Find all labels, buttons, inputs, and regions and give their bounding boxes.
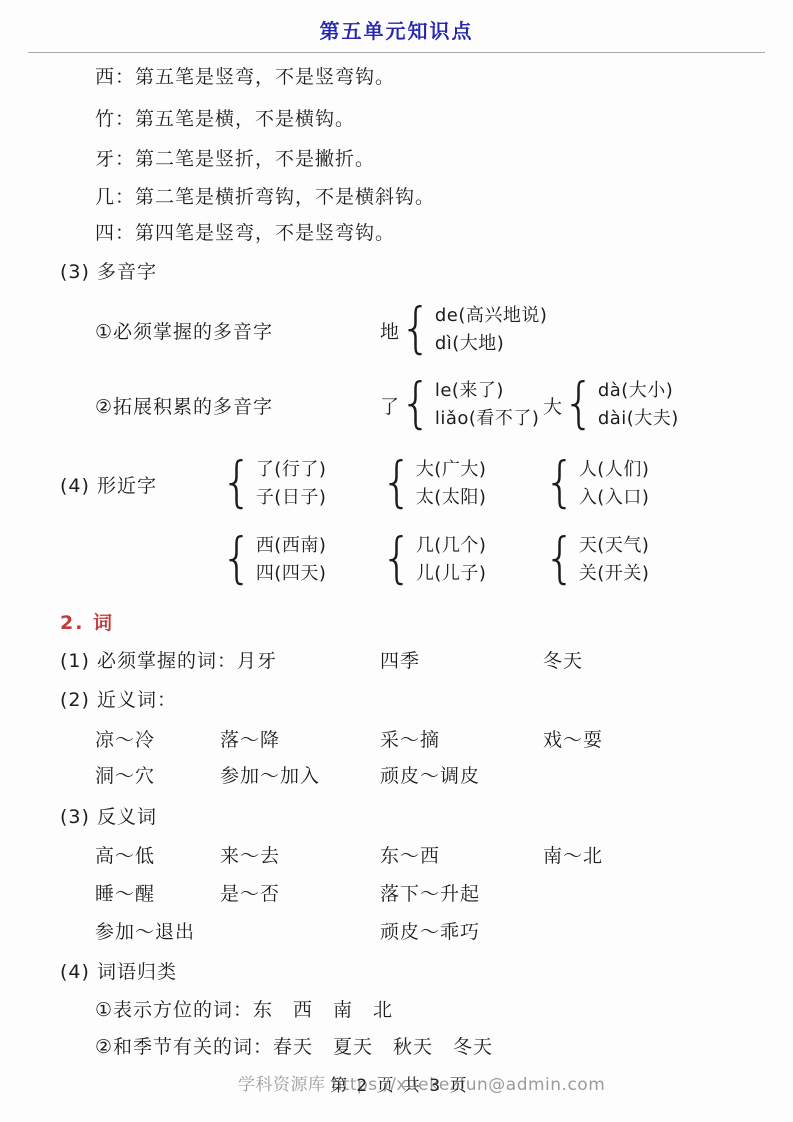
- word-pair: 南～北: [543, 841, 603, 868]
- category-line: ②和季节有关的词：春天 夏天 秋天 冬天: [0, 1032, 793, 1058]
- brace-glyph: {: [563, 376, 596, 430]
- polyphone-group: 了{ le(来了) liǎo(看不了): [380, 377, 539, 433]
- char-example: 关(开关): [579, 560, 650, 588]
- stroke-note-text: 西：第五笔是竖弯，不是竖弯钩。: [95, 62, 395, 89]
- words-section: 2. 词: [0, 608, 793, 634]
- stroke-note-line: 竹：第五笔是横，不是横钩。: [0, 104, 793, 130]
- polyphone-label: ①必须掌握的多音字: [95, 302, 273, 358]
- word-pair: 睡～醒: [95, 879, 155, 906]
- word-pair: 顽皮～调皮: [380, 761, 480, 788]
- required-word: 月牙: [237, 650, 277, 672]
- stroke-note-line: 西：第五笔是竖弯，不是竖弯钩。: [0, 62, 793, 88]
- polyphone-char: 了: [380, 392, 399, 419]
- brace-glyph: {: [544, 531, 577, 585]
- word-pair: 是～否: [220, 879, 280, 906]
- page-number: 第 2 页 共 3 页: [330, 1071, 469, 1096]
- antonyms-section: (3) 反义词: [0, 802, 793, 828]
- section-heading: (4) 词语归类: [60, 957, 177, 984]
- required-word: 冬天: [543, 646, 583, 673]
- word-pair: 参加～退出: [95, 917, 195, 944]
- word-pair: 东～西: [380, 841, 440, 868]
- document-page: 第五单元知识点 西：第五笔是竖弯，不是竖弯钩。 竹：第五笔是横，不是横钩。 牙：…: [0, 0, 793, 1122]
- section-heading: (4) 形近字: [60, 456, 157, 512]
- categories-section: (4) 词语归类: [0, 957, 793, 983]
- char-example: 西(西南): [256, 532, 327, 560]
- similar-char-group: { 天(天气) 关(开关): [543, 532, 649, 588]
- stroke-note-text: 四：第四笔是竖弯，不是竖弯钩。: [95, 218, 395, 245]
- word-pair: 采～摘: [380, 725, 440, 752]
- brace-glyph: {: [381, 455, 414, 509]
- category-text: ②和季节有关的词：春天 夏天 秋天 冬天: [95, 1032, 493, 1059]
- similar-chars-row-2: { 西(西南) 四(四天) { 几(几个) 儿(儿子) { 天(天气) 关(开关…: [0, 532, 793, 588]
- required-words-label: (1) 必须掌握的词：月牙: [60, 646, 277, 673]
- polyphone-group: 大{ dà(大小) dài(大夫): [543, 377, 679, 433]
- synonyms-section: (2) 近义词：: [0, 685, 793, 711]
- pronunciation: dà(大小): [598, 377, 679, 405]
- similar-chars-row-1: (4) 形近字 { 了(行了) 子(日子) { 大(广大) 太(太阳) { 人(…: [0, 456, 793, 512]
- brace-glyph: {: [400, 301, 433, 355]
- header: 第五单元知识点: [0, 16, 793, 42]
- similar-char-group: { 几(几个) 儿(儿子): [380, 532, 486, 588]
- polyphone-char: 大: [543, 392, 562, 419]
- similar-char-group: { 西(西南) 四(四天): [220, 532, 326, 588]
- word-pair: 落～降: [220, 725, 280, 752]
- brace-glyph: {: [381, 531, 414, 585]
- stroke-note-line: 牙：第二笔是竖折，不是撇折。: [0, 144, 793, 170]
- word-pair: 参加～加入: [220, 761, 320, 788]
- char-example: 天(天气): [579, 532, 650, 560]
- similar-char-group: { 大(广大) 太(太阳): [380, 456, 486, 512]
- char-example: 儿(儿子): [416, 560, 487, 588]
- word-pair: 戏～耍: [543, 725, 603, 752]
- page-footer: 学科资源库 https://xuekezfun@admin.com 第 2 页 …: [0, 1066, 793, 1096]
- section-heading: (3) 反义词: [60, 802, 157, 829]
- page-title: 第五单元知识点: [320, 15, 474, 44]
- pronunciation: dì(大地): [435, 330, 548, 358]
- char-example: 大(广大): [416, 456, 487, 484]
- required-word: 四季: [380, 646, 420, 673]
- brace-glyph: {: [544, 455, 577, 509]
- brace-glyph: {: [400, 376, 433, 430]
- section-heading: (2) 近义词：: [60, 685, 177, 712]
- word-pair: 顽皮～乖巧: [380, 917, 480, 944]
- char-example: 了(行了): [256, 456, 327, 484]
- antonym-row: 高～低 来～去 东～西 南～北: [0, 841, 793, 867]
- pronunciation: liǎo(看不了): [435, 405, 540, 433]
- word-pair: 来～去: [220, 841, 280, 868]
- similar-char-group: { 了(行了) 子(日子): [220, 456, 326, 512]
- synonym-row: 洞～穴 参加～加入 顽皮～调皮: [0, 761, 793, 787]
- stroke-note-text: 几：第二笔是横折弯钩，不是横斜钩。: [95, 182, 435, 209]
- char-example: 入(入口): [579, 484, 650, 512]
- char-example: 几(几个): [416, 532, 487, 560]
- polyphone-row-1: ①必须掌握的多音字 地{ de(高兴地说) dì(大地): [0, 302, 793, 358]
- char-example: 子(日子): [256, 484, 327, 512]
- word-pair: 高～低: [95, 841, 155, 868]
- stroke-note-text: 牙：第二笔是竖折，不是撇折。: [95, 144, 375, 171]
- stroke-note-line: 几：第二笔是横折弯钩，不是横斜钩。: [0, 182, 793, 208]
- polyphone-row-2: ②拓展积累的多音字 了{ le(来了) liǎo(看不了) 大{ dà(大小) …: [0, 377, 793, 433]
- antonym-row: 睡～醒 是～否 落下～升起: [0, 879, 793, 905]
- word-pair: 凉～冷: [95, 725, 155, 752]
- polyphone-label: ②拓展积累的多音字: [95, 377, 273, 433]
- pronunciation: de(高兴地说): [435, 302, 548, 330]
- section-heading: (3) 多音字: [60, 257, 157, 284]
- category-line: ①表示方位的词：东 西 南 北: [0, 995, 793, 1021]
- antonym-row: 参加～退出 顽皮～乖巧: [0, 917, 793, 943]
- words-heading: 2. 词: [60, 608, 114, 635]
- brace-glyph: {: [221, 531, 254, 585]
- char-example: 四(四天): [256, 560, 327, 588]
- word-pair: 洞～穴: [95, 761, 155, 788]
- stroke-note-line: 四：第四笔是竖弯，不是竖弯钩。: [0, 218, 793, 244]
- pronunciation: le(来了): [435, 377, 540, 405]
- polyphone-section: (3) 多音字: [0, 257, 793, 283]
- required-words-row: (1) 必须掌握的词：月牙 四季 冬天: [0, 646, 793, 672]
- char-example: 人(人们): [579, 456, 650, 484]
- stroke-note-text: 竹：第五笔是横，不是横钩。: [95, 104, 355, 131]
- brace-glyph: {: [221, 455, 254, 509]
- word-pair: 落下～升起: [380, 879, 480, 906]
- synonym-row: 凉～冷 落～降 采～摘 戏～耍: [0, 725, 793, 751]
- polyphone-char: 地: [380, 317, 399, 344]
- polyphone-group: 地{ de(高兴地说) dì(大地): [380, 302, 547, 358]
- char-example: 太(太阳): [416, 484, 487, 512]
- category-text: ①表示方位的词：东 西 南 北: [95, 995, 393, 1022]
- pronunciation: dài(大夫): [598, 405, 679, 433]
- header-divider: [28, 52, 765, 53]
- similar-char-group: { 人(人们) 入(入口): [543, 456, 649, 512]
